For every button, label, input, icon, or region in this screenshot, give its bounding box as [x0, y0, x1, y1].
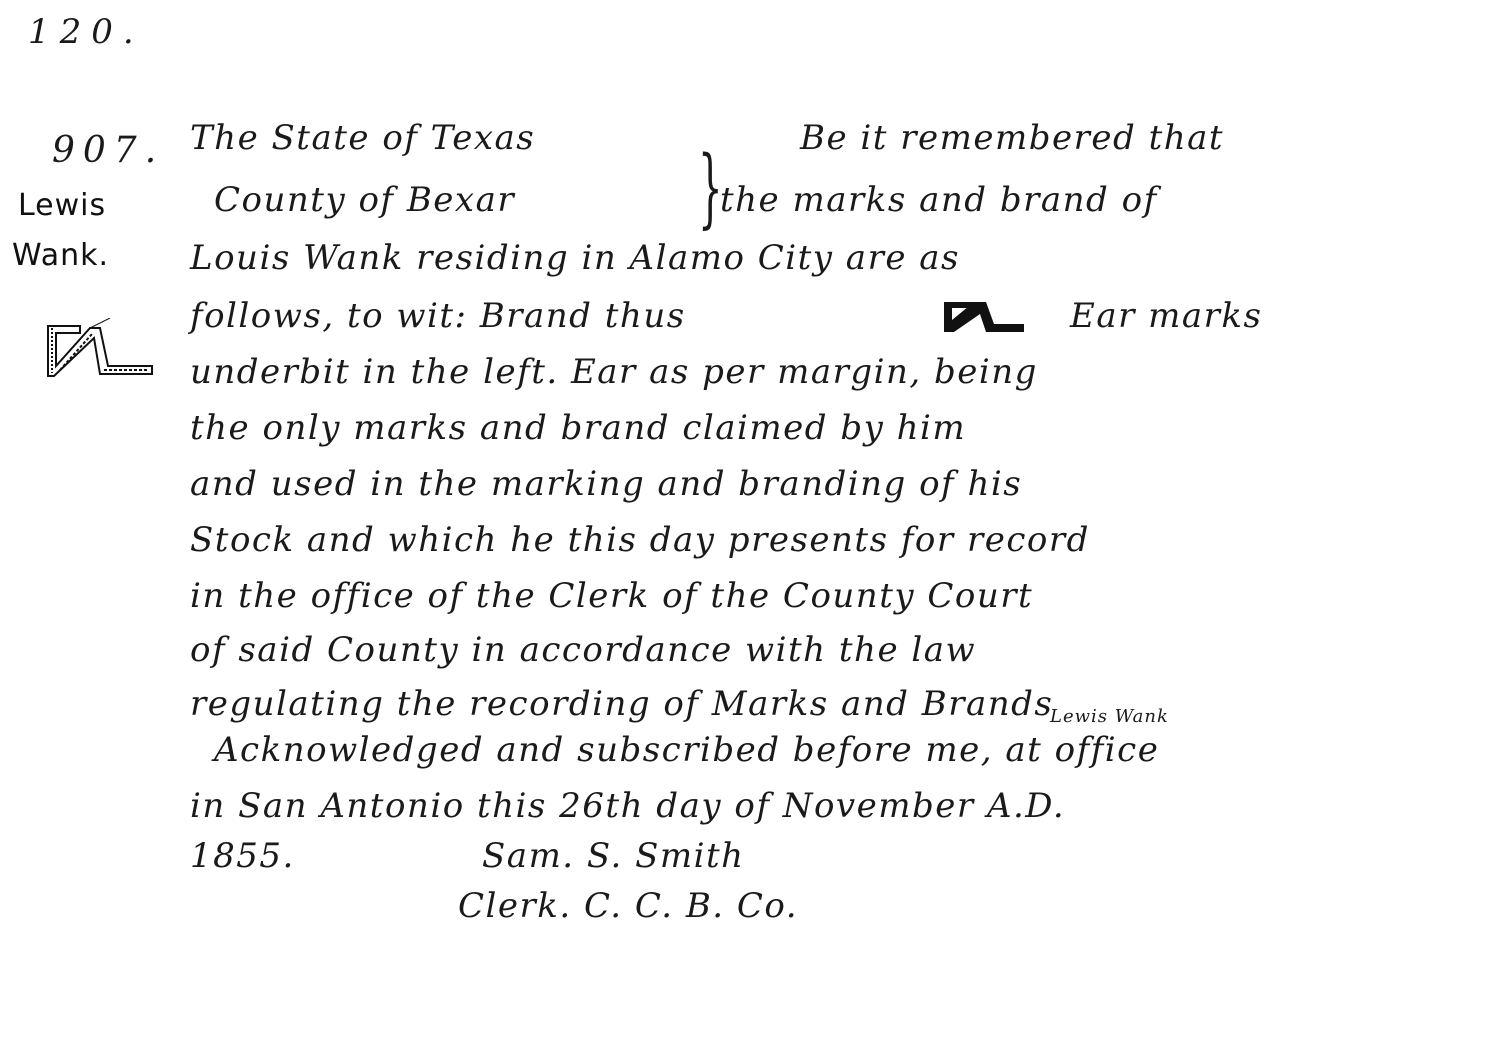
body-line-11: regulating the recording of Marks and Br…: [190, 684, 1053, 724]
body-line-7: and used in the marking and branding of …: [190, 464, 1022, 504]
document-page: 120. 907. Lewis Wank. The State of Texas…: [0, 0, 1500, 1037]
body-line-10: of said County in accordance with the la…: [190, 630, 976, 670]
body-line-5: underbit in the left. Ear as per margin,…: [190, 352, 1038, 392]
body-line-8: Stock and which he this day presents for…: [190, 520, 1090, 560]
body-line-9: in the office of the Clerk of the County…: [190, 576, 1033, 616]
interlinear-note: Lewis Wank: [1050, 706, 1169, 727]
heading-state: The State of Texas: [190, 118, 535, 158]
body-line-4: follows, to wit: Brand thus: [190, 296, 686, 336]
body-line-year: 1855.: [190, 836, 295, 876]
body-line-2: the marks and brand of: [720, 180, 1158, 220]
body-line-12: Acknowledged and subscribed before me, a…: [214, 730, 1159, 770]
page-number: 120.: [28, 12, 144, 52]
body-line-1: Be it remembered that: [800, 118, 1224, 158]
signature-name: Sam. S. Smith: [482, 836, 745, 876]
brace-symbol: }: [698, 138, 723, 238]
brand-mark-inline-icon: [940, 298, 1028, 334]
signature-title: Clerk. C. C. B. Co.: [458, 886, 798, 926]
record-number: 907.: [52, 130, 164, 171]
heading-county: County of Bexar: [214, 180, 515, 220]
body-line-6: the only marks and brand claimed by him: [190, 408, 966, 448]
margin-name-first: Lewis: [18, 188, 106, 223]
body-line-3: Louis Wank residing in Alamo City are as: [190, 238, 960, 278]
brand-mark-margin-icon: [40, 318, 160, 380]
margin-name-last: Wank.: [12, 238, 109, 273]
body-line-ear-marks: Ear marks: [1070, 296, 1262, 336]
body-line-13: in San Antonio this 26th day of November…: [190, 786, 1065, 826]
